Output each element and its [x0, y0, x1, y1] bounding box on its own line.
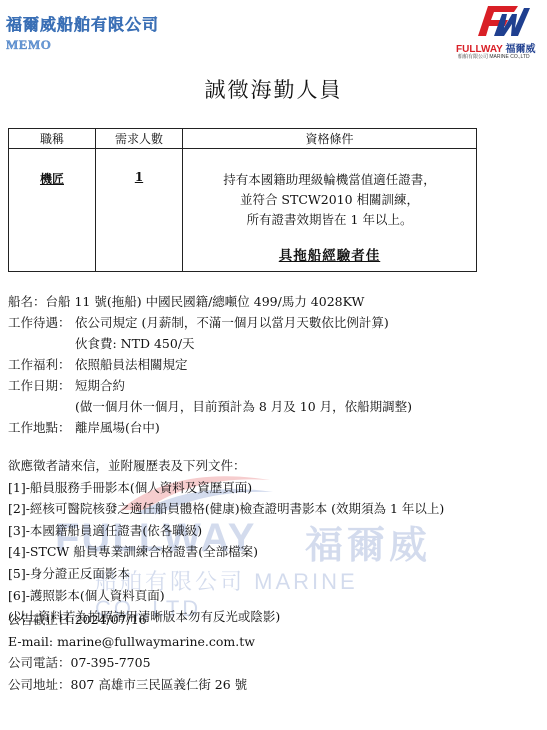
count-cell: 1 [96, 149, 183, 272]
location-value: 離岸風場(台中) [75, 417, 160, 438]
header-position: 職稱 [9, 129, 96, 149]
company-logo: FULLWAY 福爾威 船舶有限公司 MARINE CO.,LTD [456, 2, 546, 64]
pay-value: 依公司規定 (月薪制，不滿一個月以當月天數依比例計算) [75, 312, 389, 333]
position-cell: 機匠 [9, 149, 96, 272]
date-note: (做一個月休一個月，目前預計為 8 月及 10 月，依船期調整) [8, 396, 412, 417]
page-title: 誠徵海勤人員 [0, 74, 547, 104]
document-list: 欲應徵者請來信，並附履歷表及下列文件： [1]-船員服務手冊影本(個人資料及資歷… [8, 455, 444, 628]
fw-logo-icon [474, 2, 532, 38]
address: 公司地址：807 高雄市三民區義仁街 26 號 [8, 674, 255, 696]
meal-allowance: 伙食費: NTD 450/天 [8, 333, 412, 354]
date-value: 短期合約 [75, 375, 125, 396]
document-item: [3]-本國籍船員適任證書(依各職級) [8, 520, 444, 542]
document-item: [5]-身分證正反面影本 [8, 563, 444, 585]
date-label: 工作日期： [8, 375, 75, 396]
phone: 公司電話：07-395-7705 [8, 652, 255, 674]
memo-label: MEMO [6, 37, 51, 53]
count-value: 1 [135, 170, 143, 184]
table-header-row: 職稱 需求人數 資格條件 [9, 129, 477, 149]
document-item: [1]-船員服務手冊影本(個人資料及資歷頁面) [8, 477, 444, 499]
documents-intro: 欲應徵者請來信，並附履歷表及下列文件： [8, 455, 444, 477]
preferred-note: 具拖船經驗者佳 [183, 244, 476, 264]
logo-subtitle: 船舶有限公司 MARINE CO.,LTD [458, 53, 530, 60]
company-name: 福爾威船舶有限公司 [6, 12, 159, 35]
header-requirements: 資格條件 [183, 129, 477, 149]
pay-label: 工作待遇： [8, 312, 75, 333]
table-row: 機匠 1 持有本國籍助理級輪機當值適任證書， 並符合 STCW2010 相關訓練… [9, 149, 477, 272]
job-table: 職稱 需求人數 資格條件 機匠 1 持有本國籍助理級輪機當值適任證書， 並符合 … [8, 128, 477, 272]
requirement-line: 持有本國籍助理級輪機當值適任證書， [183, 170, 476, 190]
document-item: [6]-護照影本(個人資料頁面) [8, 585, 444, 607]
welfare-label: 工作福利： [8, 354, 75, 375]
contact-info: 公告截止日:2024/07/16 E-mail: marine@fullwaym… [8, 609, 255, 695]
location-label: 工作地點： [8, 417, 75, 438]
requirements-cell: 持有本國籍助理級輪機當值適任證書， 並符合 STCW2010 相關訓練， 所有證… [183, 149, 477, 272]
document-item: [4]-STCW 船員專業訓練合格證書(全部檔案) [8, 541, 444, 563]
requirement-line: 所有證書效期皆在 1 年以上。 [183, 210, 476, 230]
document-item: [2]-經核可醫院核發之適任船員體格(健康)檢查證明書影本 (效期須為 1 年以… [8, 498, 444, 520]
header-count: 需求人數 [96, 129, 183, 149]
email[interactable]: E-mail: marine@fullwaymarine.com.tw [8, 631, 255, 653]
requirement-line: 並符合 STCW2010 相關訓練， [183, 190, 476, 210]
welfare-value: 依照船員法相關規定 [75, 354, 188, 375]
ship-info: 船名：台船 11 號(拖船) 中國民國籍/總噸位 499/馬力 4028KW [8, 291, 412, 312]
deadline: 公告截止日:2024/07/16 [8, 609, 255, 631]
job-details: 船名：台船 11 號(拖船) 中國民國籍/總噸位 499/馬力 4028KW 工… [8, 291, 412, 438]
position-value: 機匠 [40, 170, 64, 187]
